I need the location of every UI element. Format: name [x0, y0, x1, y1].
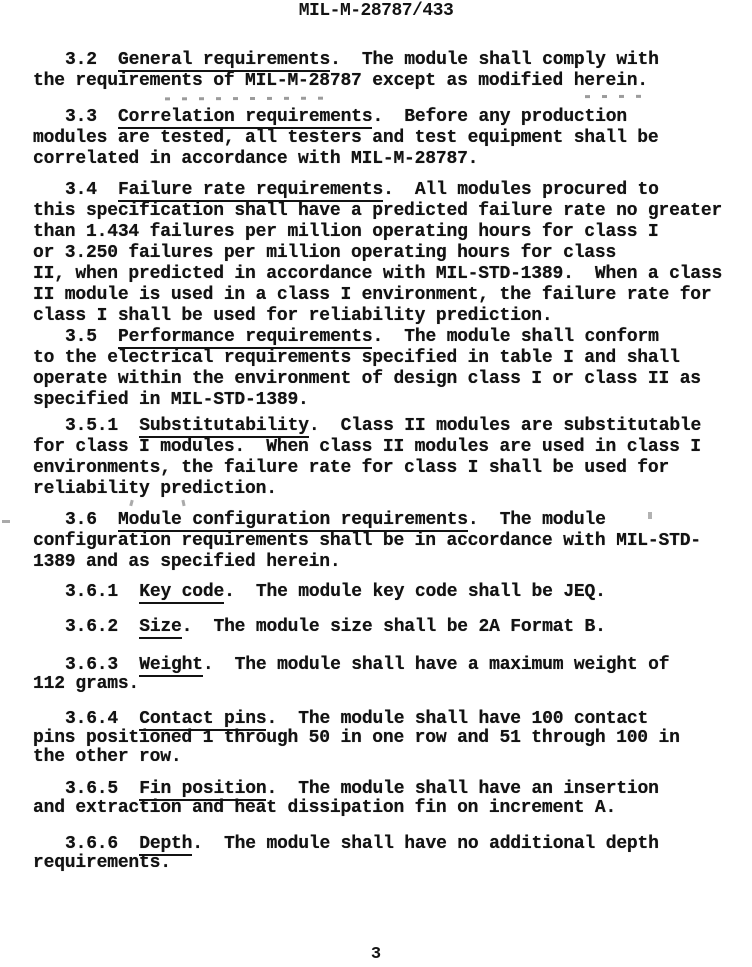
section-paragraph-3.2: 3.2 General requirements. The module sha…	[33, 50, 659, 92]
section-paragraph-3.6.5: 3.6.5 Fin position. The module shall hav…	[33, 780, 659, 818]
section-body: . The module shall have 100 contact pins…	[33, 709, 680, 767]
section-number: 3.6.2	[65, 617, 118, 637]
section-paragraph-3.6.2: 3.6.2 Size. The module size shall be 2A …	[33, 618, 606, 637]
section-paragraph-3.6.4: 3.6.4 Contact pins. The module shall hav…	[33, 710, 680, 767]
section-title: General requirements	[118, 50, 330, 72]
section-title: Key code	[139, 582, 224, 604]
page-number: 3	[0, 945, 752, 964]
section-body: . Class II modules are substitutable for…	[33, 416, 701, 499]
section-body: . The module size shall be 2A Format B.	[182, 617, 606, 637]
scanned-document: { "header": { "doc_id": "MIL-M-28787/433…	[0, 0, 752, 967]
section-title: Performance requirements	[118, 327, 372, 349]
section-body: . The module shall have no additional de…	[33, 834, 659, 873]
section-number: 3.5.1	[65, 416, 118, 436]
section-title: Weight	[139, 655, 203, 677]
section-paragraph-3.6.1: 3.6.1 Key code. The module key code shal…	[33, 583, 606, 602]
section-number: 3.6	[65, 510, 97, 530]
section-number: 3.3	[65, 107, 97, 127]
section-number: 3.6.6	[65, 834, 118, 854]
section-paragraph-3.6.6: 3.6.6 Depth. The module shall have no ad…	[33, 835, 659, 873]
section-number: 3.6.3	[65, 655, 118, 675]
section-title: Substitutability	[139, 416, 309, 438]
section-title: Correlation requirements	[118, 107, 372, 129]
section-title: Module configuration requirements	[118, 510, 468, 532]
section-number: 3.5	[65, 327, 97, 347]
section-title: Failure rate requirements	[118, 180, 383, 202]
section-title: Size	[139, 617, 181, 639]
section-number: 3.6.5	[65, 779, 118, 799]
section-paragraph-3.6: 3.6 Module configuration requirements. T…	[33, 510, 701, 573]
section-body: . All modules procured to this specifica…	[33, 180, 722, 326]
section-number: 3.6.4	[65, 709, 118, 729]
section-body: . The module key code shall be JEQ.	[224, 582, 606, 602]
section-paragraph-3.5: 3.5 Performance requirements. The module…	[33, 327, 701, 411]
section-body: . The module shall have an insertion and…	[33, 779, 659, 818]
section-number: 3.6.1	[65, 582, 118, 602]
document-body: 3.2 General requirements. The module sha…	[33, 0, 752, 967]
scan-artifact-margin-dot	[2, 520, 10, 523]
section-body: . The module shall have a maximum weight…	[33, 655, 669, 694]
section-paragraph-3.3: 3.3 Correlation requirements. Before any…	[33, 107, 659, 170]
section-number: 3.2	[65, 50, 97, 70]
section-paragraph-3.6.3: 3.6.3 Weight. The module shall have a ma…	[33, 656, 669, 694]
section-paragraph-3.5.1: 3.5.1 Substitutability. Class II modules…	[33, 416, 701, 500]
section-paragraph-3.4: 3.4 Failure rate requirements. All modul…	[33, 180, 722, 327]
section-number: 3.4	[65, 180, 97, 200]
